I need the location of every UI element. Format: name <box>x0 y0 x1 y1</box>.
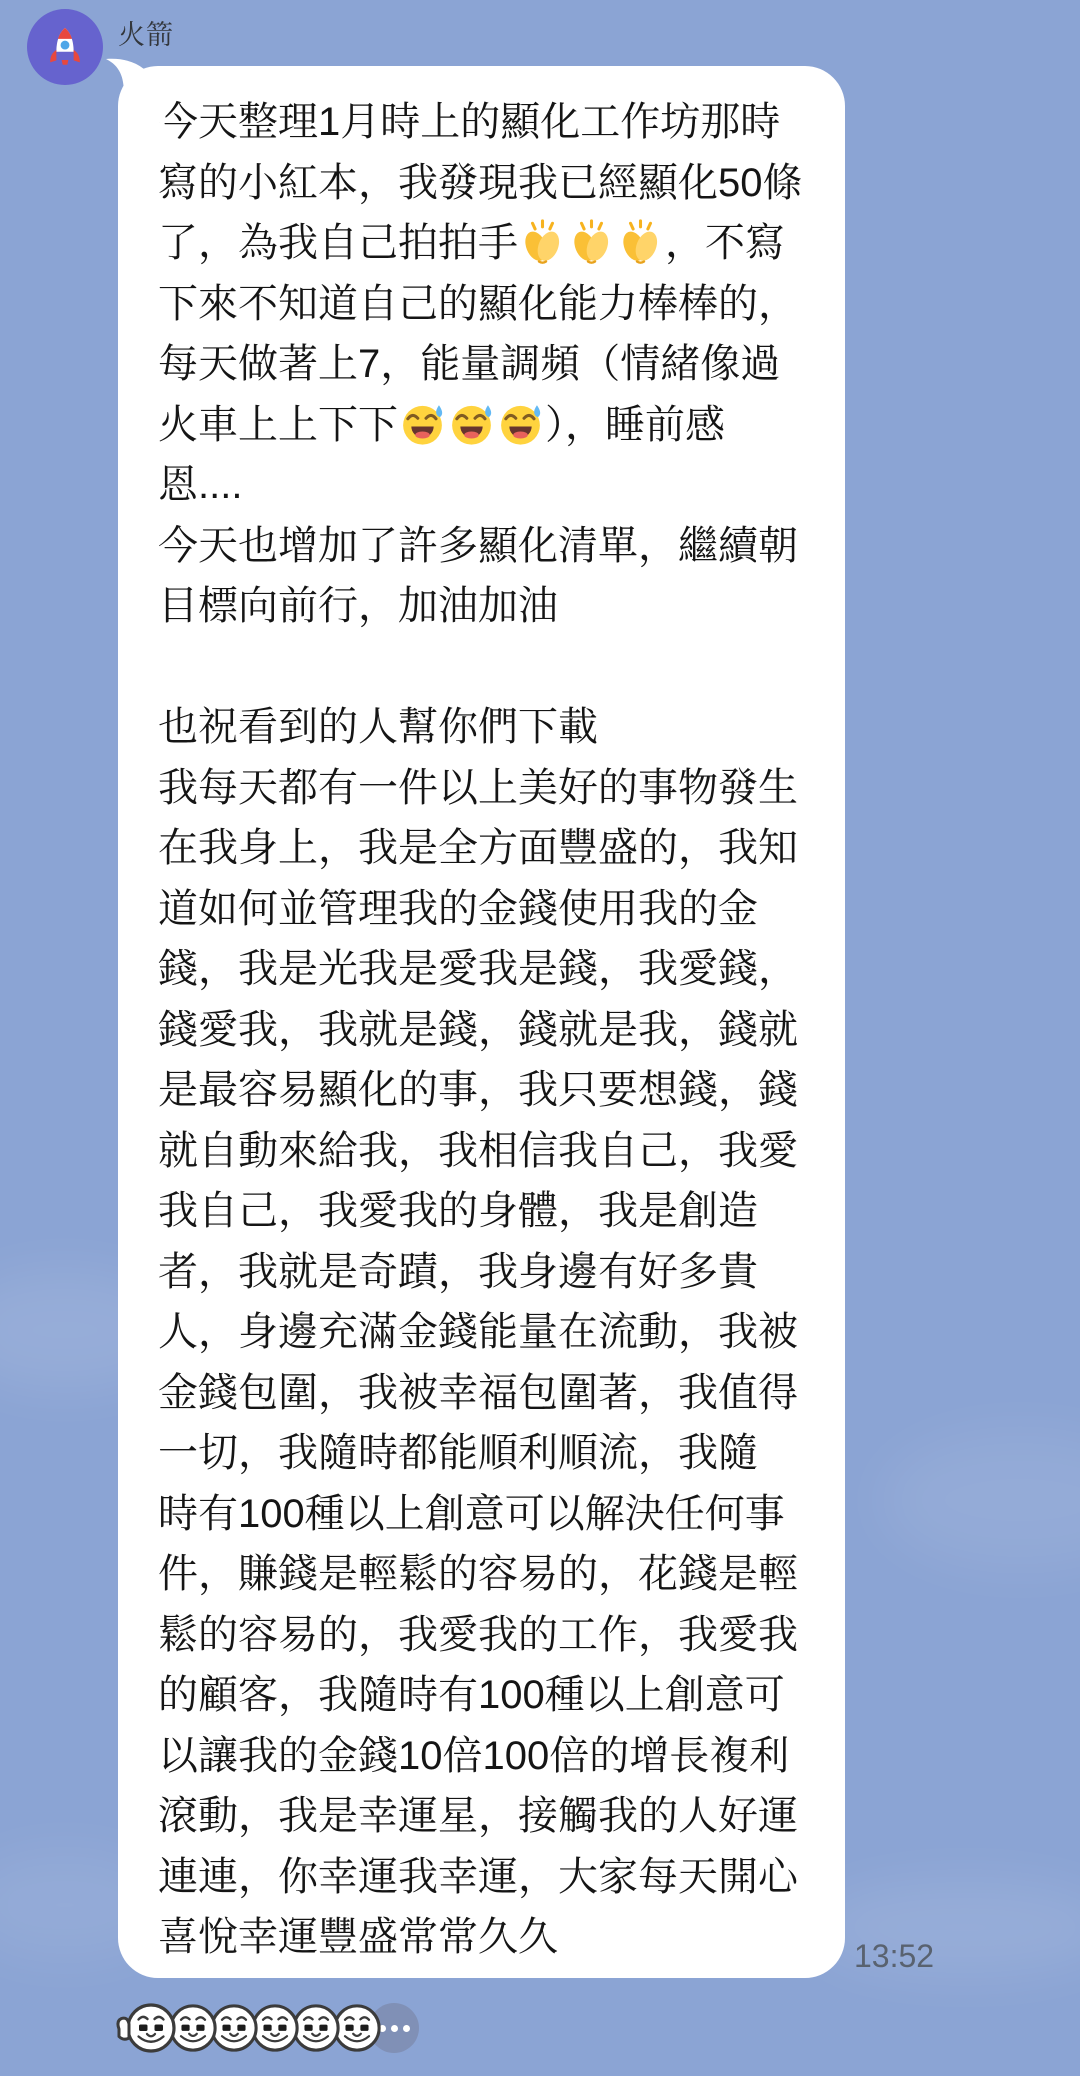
message-line: 時有100種以上創意可以解決任何事 <box>158 1484 821 1545</box>
message-line: 連連，你幸運我幸運，大家每天開心 <box>158 1847 821 1908</box>
message-line: 是最容易顯化的事，我只要想錢，錢 <box>158 1060 821 1121</box>
moon-thumbs-up-emoji <box>114 2002 177 2054</box>
message-line: 我自己，我愛我的身體，我是創造 <box>158 1181 821 1242</box>
wallpaper-cloud <box>880 1430 1080 1570</box>
message-line: 就自動來給我，我相信我自己，我愛 <box>158 1121 821 1182</box>
wallpaper-cloud <box>810 1880 1080 1975</box>
sweat-smile-emoji <box>497 400 544 447</box>
sweat-smile-emoji <box>448 400 495 447</box>
message-line: 今天也增加了許多顯化清單，繼續朝 <box>158 516 821 577</box>
message-line: 火車上上下下），睡前感 <box>158 395 821 456</box>
message-line: 以讓我的金錢10倍100倍的增長複利 <box>158 1726 821 1787</box>
message-line: 在我身上，我是全方面豐盛的，我知 <box>158 818 821 879</box>
message-line: 滾動，我是幸運星，接觸我的人好運 <box>158 1786 821 1847</box>
chat-screen: 火箭 今天整理1月時上的顯化工作坊那時寫的小紅本，我發現我已經顯化50條了，為我… <box>0 0 1080 2076</box>
message-line: 一切，我隨時都能順利順流，我隨 <box>158 1423 821 1484</box>
message-line: 錢，我是光我是愛我是錢，我愛錢， <box>158 939 821 1000</box>
message-line: 目標向前行，加油加油 <box>158 576 821 637</box>
clap-emoji <box>617 218 664 265</box>
message-line: 恩.... <box>158 455 821 516</box>
message-line: 今天整理1月時上的顯化工作坊那時 <box>158 92 821 153</box>
message-line: 也祝看到的人幫你們下載 <box>158 697 821 758</box>
message-line: 錢愛我，我就是錢，錢就是我，錢就 <box>158 1000 821 1061</box>
rocket-icon <box>42 24 88 70</box>
message-line: 的顧客，我隨時有100種以上創意可 <box>158 1665 821 1726</box>
message-line: 下來不知道自己的顯化能力棒棒的， <box>158 274 821 335</box>
message-line: 鬆的容易的，我愛我的工作，我愛我 <box>158 1605 821 1666</box>
sweat-smile-emoji <box>399 400 446 447</box>
message-timestamp: 13:52 <box>854 1938 934 1975</box>
message-line: 寫的小紅本，我發現我已經顯化50條 <box>158 153 821 214</box>
message-line: 我每天都有一件以上美好的事物發生 <box>158 758 821 819</box>
bubble-tail <box>102 48 168 122</box>
sender-name: 火箭 <box>118 13 174 52</box>
message-line: 金錢包圍，我被幸福包圍著，我值得 <box>158 1363 821 1424</box>
message-line: 道如何並管理我的金錢使用我的金 <box>158 879 821 940</box>
message-bubble[interactable]: 今天整理1月時上的顯化工作坊那時寫的小紅本，我發現我已經顯化50條了，為我自己拍… <box>118 66 845 1978</box>
message-line: 人，身邊充滿金錢能量在流動，我被 <box>158 1302 821 1363</box>
avatar[interactable] <box>27 9 103 85</box>
message-line: 件，賺錢是輕鬆的容易的，花錢是輕 <box>158 1544 821 1605</box>
clap-emoji <box>519 218 566 265</box>
clap-emoji <box>568 218 615 265</box>
message-line: 者，我就是奇蹟，我身邊有好多貴 <box>158 1242 821 1303</box>
emoji-message[interactable] <box>114 2002 419 2054</box>
message-line: 了，為我自己拍拍手，不寫 <box>158 213 821 274</box>
message-line: 喜悅幸運豐盛常常久久 <box>158 1907 821 1968</box>
message-text: 今天整理1月時上的顯化工作坊那時寫的小紅本，我發現我已經顯化50條了，為我自己拍… <box>158 92 821 1968</box>
message-line: 每天做著上7，能量調頻（情緒像過 <box>158 334 821 395</box>
message-line <box>158 637 821 698</box>
